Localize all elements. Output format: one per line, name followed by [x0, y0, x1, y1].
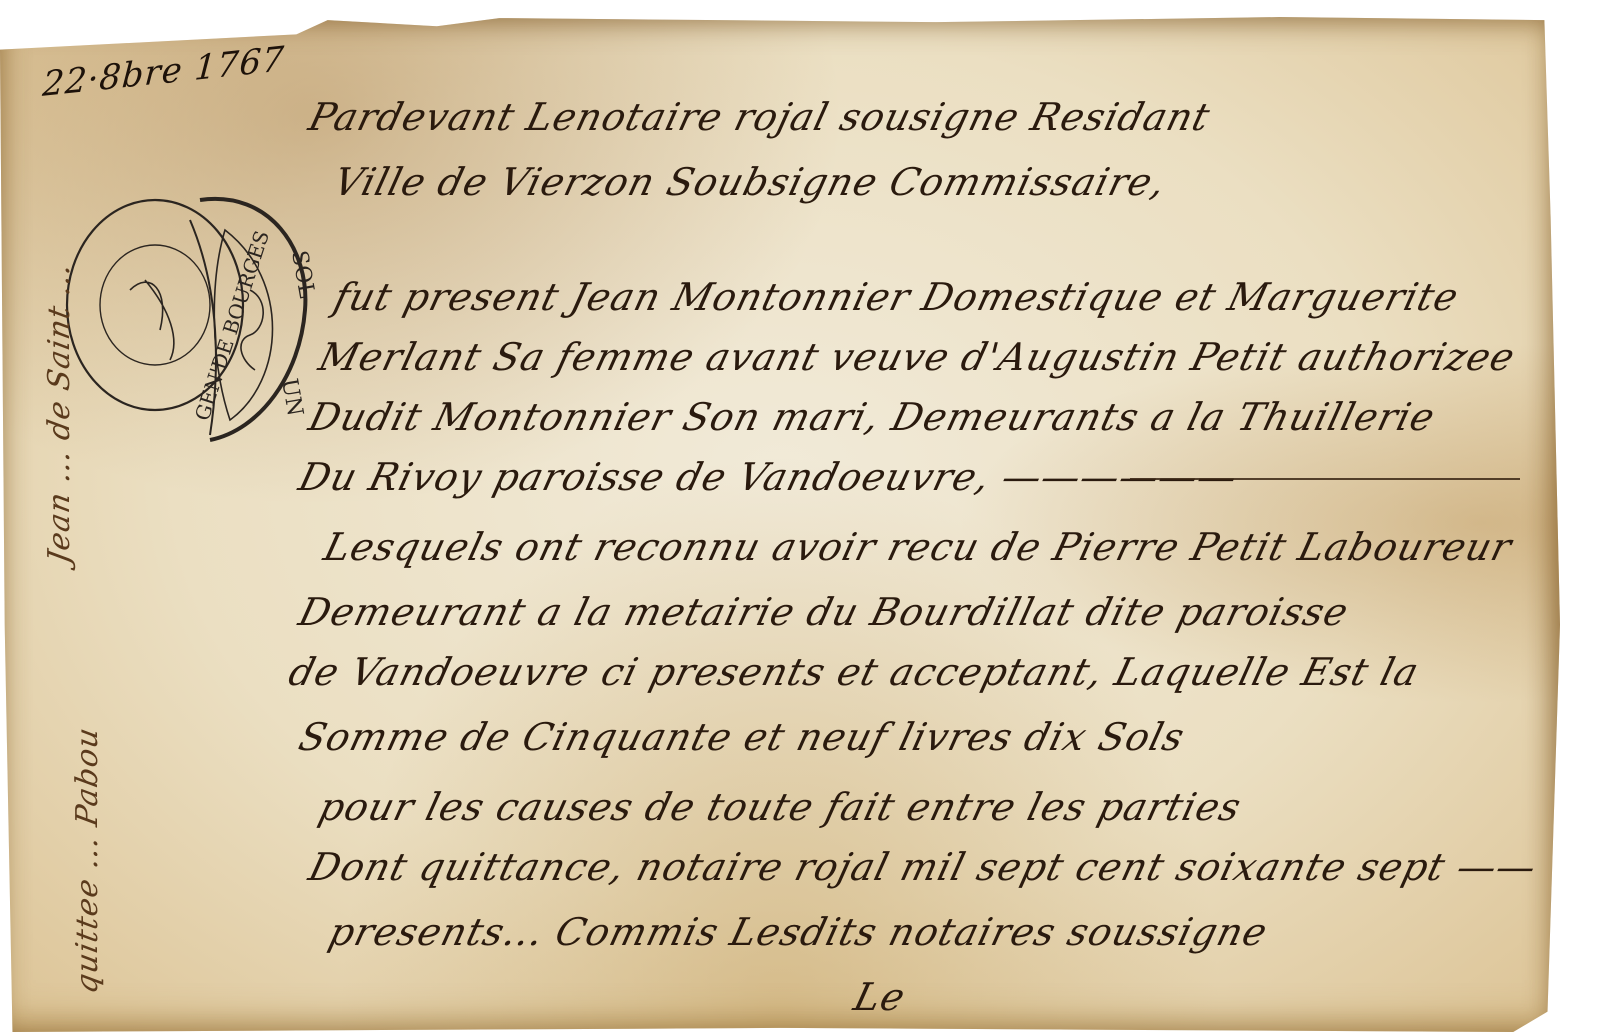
text-line-11: pour les causes de toute fait entre les … — [315, 785, 1246, 829]
text-line-7: Lesquels ont reconnu avoir recu de Pierr… — [320, 525, 1517, 569]
text-line-12: Dont quittance, notaire rojal mil sept c… — [305, 845, 1542, 889]
stamp-value-un: UN — [276, 377, 307, 419]
text-line-3: fut present Jean Montonnier Domestique e… — [330, 275, 1464, 319]
margin-note-1: Jean ... de Saint ... — [42, 260, 77, 566]
text-line-9: de Vandoeuvre ci presents et acceptant, … — [285, 650, 1424, 694]
text-line-10: Somme de Cinquante et neuf livres dix So… — [295, 715, 1190, 759]
line-filler-rule — [1130, 478, 1520, 480]
revenue-stamp-icon: GEN'DE BOURGES SOL UN — [60, 160, 330, 460]
text-line-4: Merlant Sa femme avant veuve d'Augustin … — [315, 335, 1520, 379]
margin-note-2: quittee ... Pabou — [70, 724, 105, 996]
stamp-value-sol: SOL — [286, 249, 319, 301]
text-line-6: Du Rivoy paroisse de Vandoeuvre, —————— — [295, 455, 1243, 499]
text-line-13: presents... Commis Lesdits notaires sous… — [325, 910, 1273, 954]
text-line-5: Dudit Montonnier Son mari, Demeurants a … — [305, 395, 1440, 439]
text-line-8: Demeurant a la metairie du Bourdillat di… — [295, 590, 1354, 634]
text-line-2: Ville de Vierzon Soubsigne Commissaire, — [330, 160, 1171, 204]
text-line-14: Le — [850, 975, 911, 1019]
text-line-1: Pardevant Lenotaire rojal sousigne Resid… — [305, 95, 1215, 139]
